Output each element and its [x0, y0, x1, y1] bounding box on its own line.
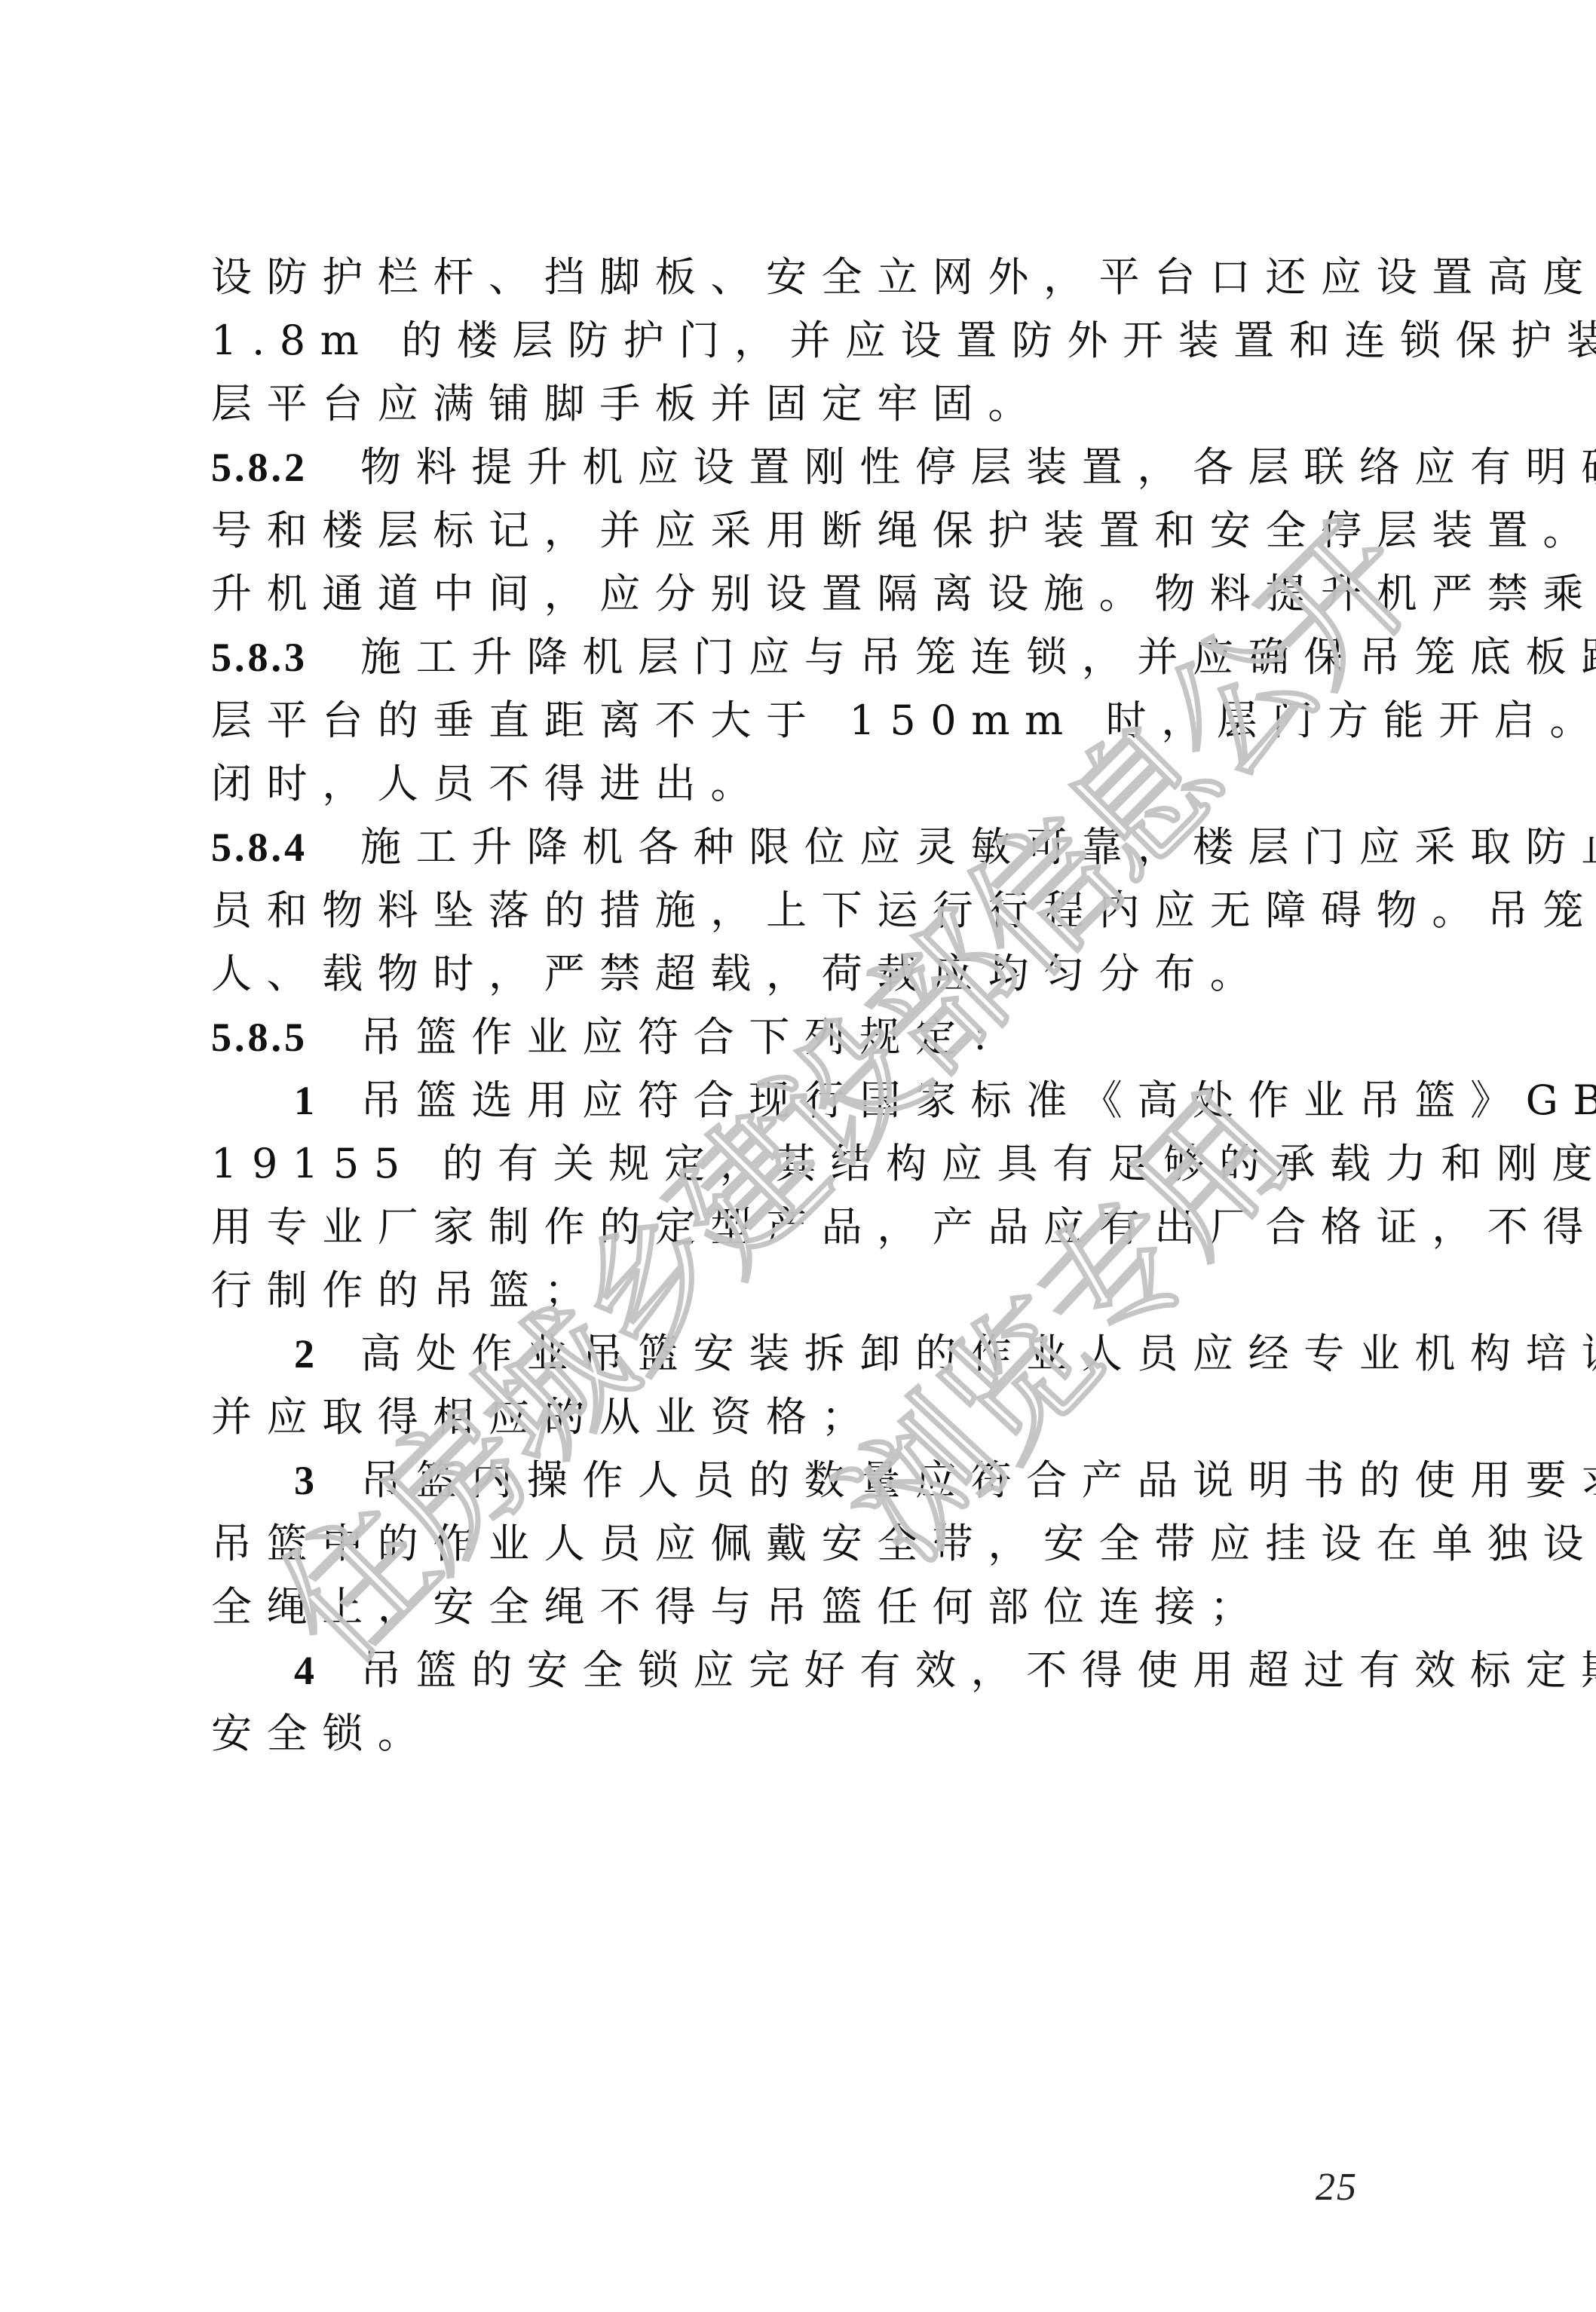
text-line: 层平台的垂直距离不大于 150mm 时，层门方能开启。当层门关	[211, 689, 1596, 752]
list-item-2: 2高处作业吊篮安装拆卸的作业人员应经专业机构培训，	[211, 1322, 1596, 1386]
item-number: 2	[253, 1322, 317, 1386]
line-text: 吊篮中的作业人员应佩戴安全带，安全带应挂设在单独设置的安	[211, 1520, 1596, 1567]
clause-5-8-2: 5.8.2物料提升机应设置刚性停层装置，各层联络应有明确信	[211, 436, 1596, 499]
text-line: 并应取得相应的从业资格；	[211, 1386, 877, 1449]
text-line: 19155 的有关规定，其结构应具有足够的承载力和刚度，且应使	[211, 1132, 1596, 1196]
text-line: 层平台应满铺脚手板并固定牢固。	[211, 372, 1043, 436]
item-number: 1	[253, 1069, 317, 1132]
line-text: 层平台的垂直距离不大于 150mm 时，层门方能开启。当层门关	[211, 697, 1596, 744]
line-text: 设防护栏杆、挡脚板、安全立网外，平台口还应设置高度不低于	[211, 253, 1596, 301]
clause-number: 5.8.4	[211, 816, 360, 879]
clause-5-8-3: 5.8.3施工升降机层门应与吊笼连锁，并应确保吊笼底板距楼	[211, 626, 1596, 689]
document-page: 设防护栏杆、挡脚板、安全立网外，平台口还应设置高度不低于 1.8m 的楼层防护门…	[0, 0, 1596, 2312]
text-line: 安全锁。	[211, 1702, 433, 1765]
text-line: 闭时，人员不得进出。	[211, 752, 766, 816]
text-line: 吊篮中的作业人员应佩戴安全带，安全带应挂设在单独设置的安	[211, 1512, 1596, 1576]
item-number: 4	[253, 1639, 317, 1702]
text-line: 全绳上，安全绳不得与吊篮任何部位连接；	[211, 1576, 1265, 1639]
line-text: 行制作的吊篮；	[211, 1266, 599, 1314]
line-text: 闭时，人员不得进出。	[211, 760, 766, 807]
line-text: 员和物料坠落的措施，上下运行行程内应无障碍物。吊笼内乘	[211, 887, 1596, 934]
clause-number: 5.8.2	[211, 436, 360, 499]
text-line: 号和楼层标记，并应采用断绳保护装置和安全停层装置。物料提	[211, 499, 1596, 562]
line-text: 1.8m 的楼层防护门，并应设置防外开装置和连锁保护装置。停	[211, 317, 1596, 364]
line-text: 19155 的有关规定，其结构应具有足够的承载力和刚度，且应使	[211, 1140, 1596, 1187]
text-line: 用专业厂家制作的定型产品，产品应有出厂合格证，不得使用自	[211, 1196, 1596, 1259]
clause-number: 5.8.3	[211, 626, 360, 689]
line-text: 号和楼层标记，并应采用断绳保护装置和安全停层装置。物料提	[211, 507, 1596, 554]
clause-number: 5.8.5	[211, 1006, 360, 1069]
line-text: 全绳上，安全绳不得与吊篮任何部位连接；	[211, 1583, 1265, 1631]
clause-5-8-4: 5.8.4施工升降机各种限位应灵敏可靠，楼层门应采取防止人	[211, 816, 1596, 879]
line-text: 高处作业吊篮安装拆卸的作业人员应经专业机构培训，	[360, 1330, 1596, 1377]
line-text: 吊篮选用应符合现行国家标准《高处作业吊篮》GB/T	[360, 1076, 1596, 1124]
line-text: 吊篮作业应符合下列规定：	[360, 1013, 1026, 1061]
text-line: 人、载物时，严禁超载，荷载应均匀分布。	[211, 942, 1265, 1006]
list-item-1: 1吊篮选用应符合现行国家标准《高处作业吊篮》GB/T	[211, 1069, 1596, 1132]
line-text: 吊篮的安全锁应完好有效，不得使用超过有效标定期的	[360, 1646, 1596, 1694]
text-line: 员和物料坠落的措施，上下运行行程内应无障碍物。吊笼内乘	[211, 879, 1596, 942]
text-line: 行制作的吊篮；	[211, 1259, 599, 1322]
line-text: 安全锁。	[211, 1710, 433, 1757]
list-item-4: 4吊篮的安全锁应完好有效，不得使用超过有效标定期的	[211, 1639, 1596, 1702]
line-text: 施工升降机各种限位应灵敏可靠，楼层门应采取防止人	[360, 823, 1596, 871]
line-text: 升机通道中间，应分别设置隔离设施。物料提升机严禁乘人。	[211, 570, 1596, 617]
text-line: 1.8m 的楼层防护门，并应设置防外开装置和连锁保护装置。停	[211, 309, 1596, 372]
text-line: 设防护栏杆、挡脚板、安全立网外，平台口还应设置高度不低于	[211, 246, 1596, 309]
line-text: 施工升降机层门应与吊笼连锁，并应确保吊笼底板距楼	[360, 633, 1596, 681]
line-text: 并应取得相应的从业资格；	[211, 1393, 877, 1441]
text-line: 升机通道中间，应分别设置隔离设施。物料提升机严禁乘人。	[211, 562, 1596, 626]
list-item-3: 3吊篮内操作人员的数量应符合产品说明书的使用要求，	[211, 1449, 1596, 1512]
line-text: 物料提升机应设置刚性停层装置，各层联络应有明确信	[360, 443, 1596, 491]
page-number: 25	[1316, 2165, 1358, 2209]
line-text: 吊篮内操作人员的数量应符合产品说明书的使用要求，	[360, 1456, 1596, 1504]
line-text: 层平台应满铺脚手板并固定牢固。	[211, 380, 1043, 427]
item-number: 3	[253, 1449, 317, 1512]
line-text: 人、载物时，严禁超载，荷载应均匀分布。	[211, 950, 1265, 997]
line-text: 用专业厂家制作的定型产品，产品应有出厂合格证，不得使用自	[211, 1203, 1596, 1251]
clause-5-8-5: 5.8.5吊篮作业应符合下列规定：	[211, 1006, 1026, 1069]
